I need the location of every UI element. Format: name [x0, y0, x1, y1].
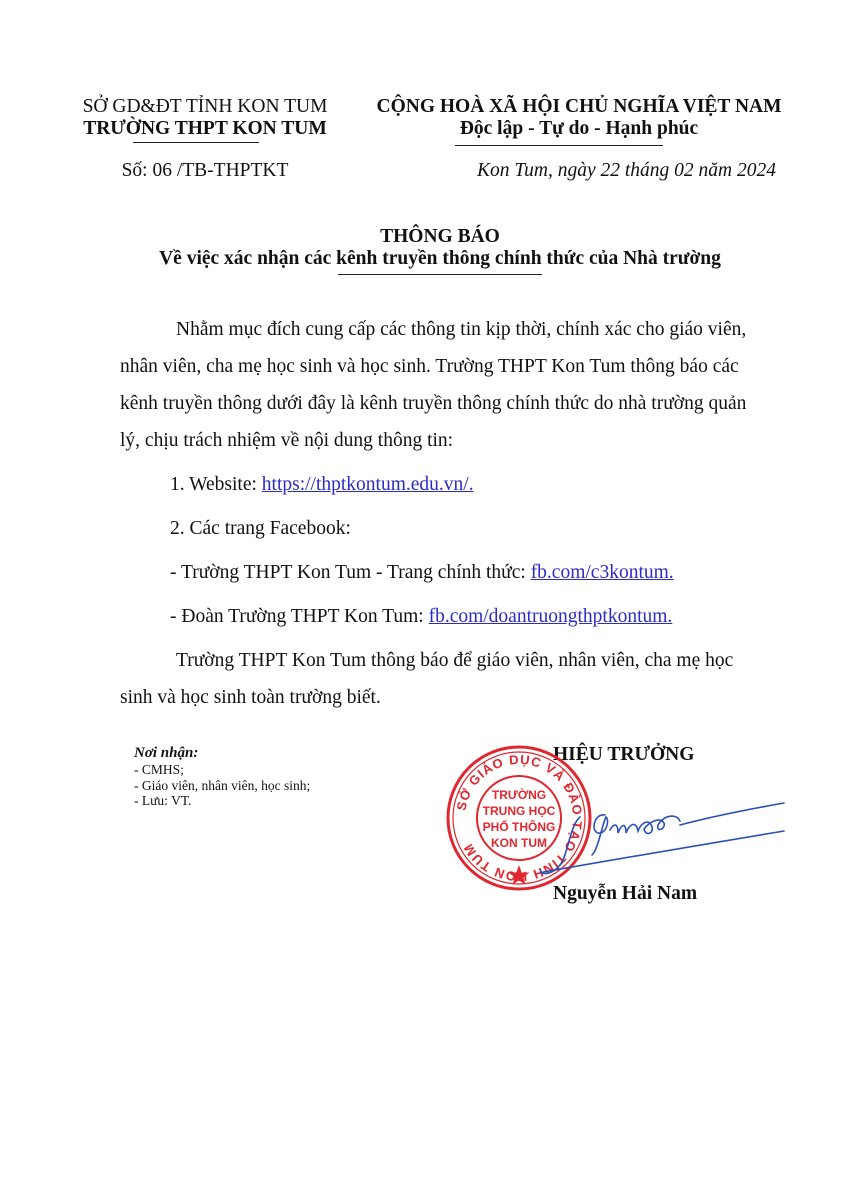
place-date: Kon Tum, ngày 22 tháng 02 năm 2024 — [440, 160, 802, 182]
recipient-item: - Lưu: VT. — [134, 793, 310, 809]
subject-underline — [338, 274, 542, 275]
intro-line-4: lý, chịu trách nhiệm về nội dung thông t… — [120, 430, 453, 452]
intro-line-1: Nhằm mục đích cung cấp các thông tin kịp… — [176, 319, 746, 341]
motto-underline — [455, 145, 663, 146]
signature-icon — [540, 795, 800, 895]
school-name: TRƯỜNG THPT KON TUM — [60, 118, 350, 140]
website-label: 1. Website: — [170, 474, 262, 495]
document-number: Số: 06 /TB-THPTKT — [60, 160, 350, 182]
website-link[interactable]: https://thptkontum.edu.vn/. — [262, 474, 474, 495]
facebook-official-label: - Trường THPT Kon Tum - Trang chính thức… — [170, 562, 531, 583]
facebook-official-link[interactable]: fb.com/c3kontum. — [531, 562, 674, 583]
agency-name: SỞ GD&ĐT TỈNH KON TUM — [60, 96, 350, 118]
item-facebook-official: - Trường THPT Kon Tum - Trang chính thức… — [170, 562, 674, 584]
seal-line-4: KON TUM — [491, 836, 547, 850]
facebook-union-label: - Đoàn Trường THPT Kon Tum: — [170, 606, 429, 627]
closing-line-2: sinh và học sinh toàn trường biết. — [120, 687, 381, 709]
national-motto: Độc lập - Tự do - Hạnh phúc — [356, 118, 802, 140]
handwritten-signature — [540, 795, 800, 895]
signer-name: Nguyễn Hải Nam — [553, 883, 697, 905]
closing-line-1: Trường THPT Kon Tum thông báo để giáo vi… — [176, 650, 733, 672]
intro-line-3: kênh truyền thông dưới đây là kênh truyề… — [120, 393, 746, 415]
seal-line-1: TRƯỜNG — [492, 787, 546, 802]
document-title: THÔNG BÁO — [0, 226, 848, 248]
recipients-block: Nơi nhận: - CMHS; - Giáo viên, nhân viên… — [134, 745, 310, 809]
facebook-union-link[interactable]: fb.com/doantruongthptkontum. — [429, 606, 673, 627]
document-subject: Về việc xác nhận các kênh truyền thông c… — [0, 248, 848, 270]
intro-line-2: nhân viên, cha mẹ học sinh và học sinh. … — [120, 356, 739, 378]
item-facebook-heading: 2. Các trang Facebook: — [170, 518, 351, 540]
recipients-title: Nơi nhận: — [134, 745, 310, 762]
item-website: 1. Website: https://thptkontum.edu.vn/. — [170, 474, 474, 496]
school-name-underline — [133, 142, 259, 143]
recipient-item: - Giáo viên, nhân viên, học sinh; — [134, 778, 310, 794]
item-facebook-union: - Đoàn Trường THPT Kon Tum: fb.com/doant… — [170, 606, 672, 628]
national-title: CỘNG HOÀ XÃ HỘI CHỦ NGHĨA VIỆT NAM — [356, 96, 802, 118]
recipient-item: - CMHS; — [134, 762, 310, 778]
